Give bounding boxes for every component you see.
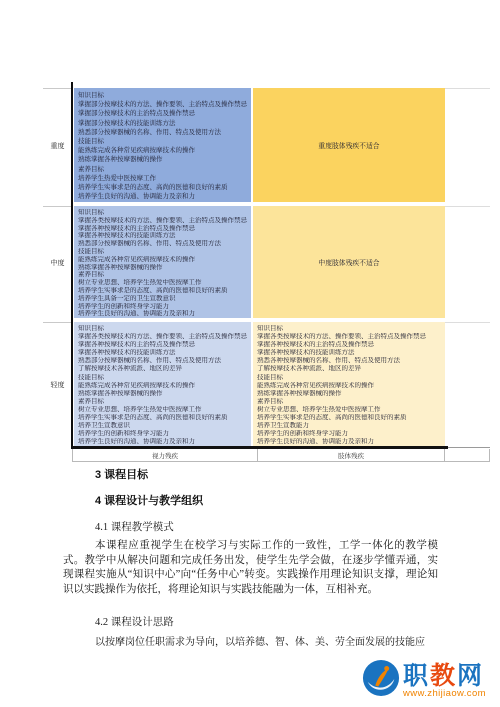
objective-line: 了解按摩技术各种流派、地区的差异 [78,365,249,373]
objective-line: 掌握各种按摩技术的技能训练方法 [78,349,249,357]
objective-line: 掌握各类按摩技术的方法、操作要领、主治特点及操作禁忌 [78,333,249,341]
table-footer-row: 视力残疾 肢体残疾 [72,449,490,462]
objective-line: 素养目标 [78,398,249,406]
objective-line: 技能目标 [78,374,249,382]
severity-row: 轻度知识目标掌握各类按摩技术的方法、操作要领、主治特点及操作禁忌掌握各种按摩技术… [43,322,490,446]
paragraph-design-idea: 以按摩岗位任职需求为导向，以培养德、智、体、美、劳全面发展的技能应 [95,633,425,648]
objective-line: 培养学生实事求是的态度、高尚的医德和良好的素质 [257,414,443,422]
objective-line: 能熟练完成各种常见疾病按摩技术的操作 [78,256,249,264]
objective-line: 知识目标 [78,91,249,100]
table-left-border [71,82,73,449]
objective-line: 能熟练完成各种常见疾病按摩技术的操作 [257,382,443,390]
paragraph-teaching-mode: 本课程应重视学生在校学习与实际工作的一致性，工学一体化的教学模式。教学中从解决问… [63,539,438,598]
objective-line: 技能目标 [257,374,443,382]
empty-cell [445,88,490,202]
objective-line: 熟悉各种按摩器械的名称、作用、特点及使用方法 [257,357,443,365]
objective-line: 熟练掌握各种按摩器械的操作 [78,264,249,272]
objective-line: 掌握各类按摩技术的方法、操作要领、主治特点及操作禁忌 [78,217,249,225]
objective-line: 技能目标 [78,248,249,256]
logo-char-zhi: 职 [403,663,430,689]
severity-row: 中度知识目标掌握各类按摩技术的方法、操作要领、主治特点及操作禁忌掌握各种按摩技术… [43,206,490,318]
objective-line: 培养学生良好的沟通、协调能力及亲和力 [78,310,249,318]
limb-disability-cell: 中度肢体残疾不适合 [253,206,445,318]
objective-line: 掌握部分按摩技术的主治特点及操作禁忌 [78,109,249,118]
objective-line: 能熟练完成各种常见疾病按摩技术的操作 [78,382,249,390]
zhijiaow-logo: 职 教 网 www.zhijiaow.com [362,659,486,702]
heading-4-course-design: 4 课程设计与教学组织 [95,492,203,508]
logo-char-wang: 网 [457,663,484,689]
objective-line: 培养卫生宣教能力 [257,422,443,430]
severity-row-label: 中度 [43,206,72,318]
vision-disability-cell: 知识目标掌握各类按摩技术的方法、操作要领、主治特点及操作禁忌掌握各种按摩技术的主… [74,206,251,318]
objective-line: 培养学生良好的沟通、协调能力及亲和力 [78,192,249,201]
objective-line: 技能目标 [78,137,249,146]
objective-line: 熟悉部分按摩器械的名称、作用、特点及使用方法 [78,357,249,365]
objective-line: 知识目标 [78,325,249,333]
objective-line: 掌握各种按摩技术的主治特点及操作禁忌 [78,225,249,233]
objective-line: 熟练掌握各种按摩器械的操作 [78,155,249,164]
objective-line: 培养卫生宣教意识 [78,422,249,430]
objective-line: 培养学生的创新和终身学习能力 [257,430,443,438]
empty-cell [445,322,490,446]
zhijiaow-logo-name: 职 教 网 [403,663,486,689]
objective-line: 树立专业思想、培养学生热爱中医按摩工作 [257,406,443,414]
objective-line: 知识目标 [78,209,249,217]
cell-center-text: 重度肢体残疾不适合 [318,140,379,150]
cell-center-text: 中度肢体残疾不适合 [318,257,379,267]
empty-cell [445,206,490,318]
footer-col-empty [445,449,490,462]
objective-line: 掌握各种按摩技术的技能训练方法 [257,349,443,357]
vision-disability-cell: 知识目标掌握部分按摩技术的方法、操作要领、主治特点及操作禁忌掌握部分按摩技术的主… [74,88,251,202]
objective-line: 培养学生良好的沟通、协调能力及亲和力 [78,438,249,446]
objective-line: 培养学生实事求是的态度、高尚的医德和良好的素质 [78,287,249,295]
objective-line: 掌握部分按摩技术的方法、操作要领、主治特点及操作禁忌 [78,100,249,109]
objective-line: 培养学生的创新和终身学习能力 [78,430,249,438]
objective-line: 能熟练完成各种常见疾病按摩技术的操作 [78,146,249,155]
subheading-4-1-teaching-mode: 4.1 课程教学模式 [95,519,174,534]
objective-line: 掌握各种按摩技术的主治特点及操作禁忌 [257,341,443,349]
zhijiaow-logo-url: www.zhijiaow.com [403,688,486,699]
zhijiaow-logo-text: 职 教 网 www.zhijiaow.com [403,663,486,699]
objective-line: 知识目标 [257,325,443,333]
severity-row-label: 轻度 [43,322,72,446]
objective-line: 培养学生的创新和终身学习能力 [78,303,249,311]
objective-line: 了解按摩技术各种流派、地区的差异 [257,365,443,373]
objective-line: 素养目标 [78,165,249,174]
document-page: 重度知识目标掌握部分按摩技术的方法、操作要领、主治特点及操作禁忌掌握部分按摩技术… [0,0,500,707]
footer-col-vision: 视力残疾 [72,449,258,462]
vision-disability-cell: 知识目标掌握各类按摩技术的方法、操作要领、主治特点及操作禁忌掌握各种按摩技术的主… [74,322,251,446]
objective-line: 素养目标 [257,398,443,406]
objective-line: 掌握各类按摩技术的方法、操作要领、主治特点及操作禁忌 [257,333,443,341]
objective-line: 树立专业思想、培养学生热爱中医按摩工作 [78,279,249,287]
objective-line: 培养学生实事求是的态度、高尚的医德和良好的素质 [78,414,249,422]
objective-line: 培养学生具备一定的卫生宣教意识 [78,295,249,303]
objective-line: 熟悉部分按摩器械的名称、作用、特点及使用方法 [78,240,249,248]
zhijiaow-logo-icon [362,659,400,702]
logo-char-jiao: 教 [430,663,457,689]
objective-line: 熟悉部分按摩器械的名称、作用、特点及使用方法 [78,128,249,137]
objective-line: 素养目标 [78,271,249,279]
objective-line: 熟练掌握各种按摩器械的操作 [257,390,443,398]
limb-disability-cell: 重度肢体残疾不适合 [253,88,445,202]
objective-line: 掌握各种按摩技术的技能训练方法 [78,232,249,240]
objective-line: 培养学生实事求是的态度、高尚的医德和良好的素质 [78,183,249,192]
table-bottom-border-ext [448,447,490,448]
heading-3-course-objectives: 3 课程目标 [95,466,148,482]
objective-line: 掌握部分按摩技术的技能训练方法 [78,119,249,128]
severity-row-label: 重度 [43,88,72,202]
objective-line: 培养学生良好的沟通、协调能力及亲和力 [257,438,443,446]
objective-line: 树立专业思想、培养学生热爱中医按摩工作 [78,406,249,414]
limb-disability-cell: 知识目标掌握各类按摩技术的方法、操作要领、主治特点及操作禁忌掌握各种按摩技术的主… [253,322,445,446]
subheading-4-2-design-idea: 4.2 课程设计思路 [95,614,174,629]
objective-line: 培养学生热爱中医按摩工作 [78,174,249,183]
footer-col-limb: 肢体残疾 [258,449,445,462]
objective-line: 熟练掌握各种按摩器械的操作 [78,390,249,398]
severity-row: 重度知识目标掌握部分按摩技术的方法、操作要领、主治特点及操作禁忌掌握部分按摩技术… [43,88,490,202]
objective-line: 掌握各种按摩技术的主治特点及操作禁忌 [78,341,249,349]
